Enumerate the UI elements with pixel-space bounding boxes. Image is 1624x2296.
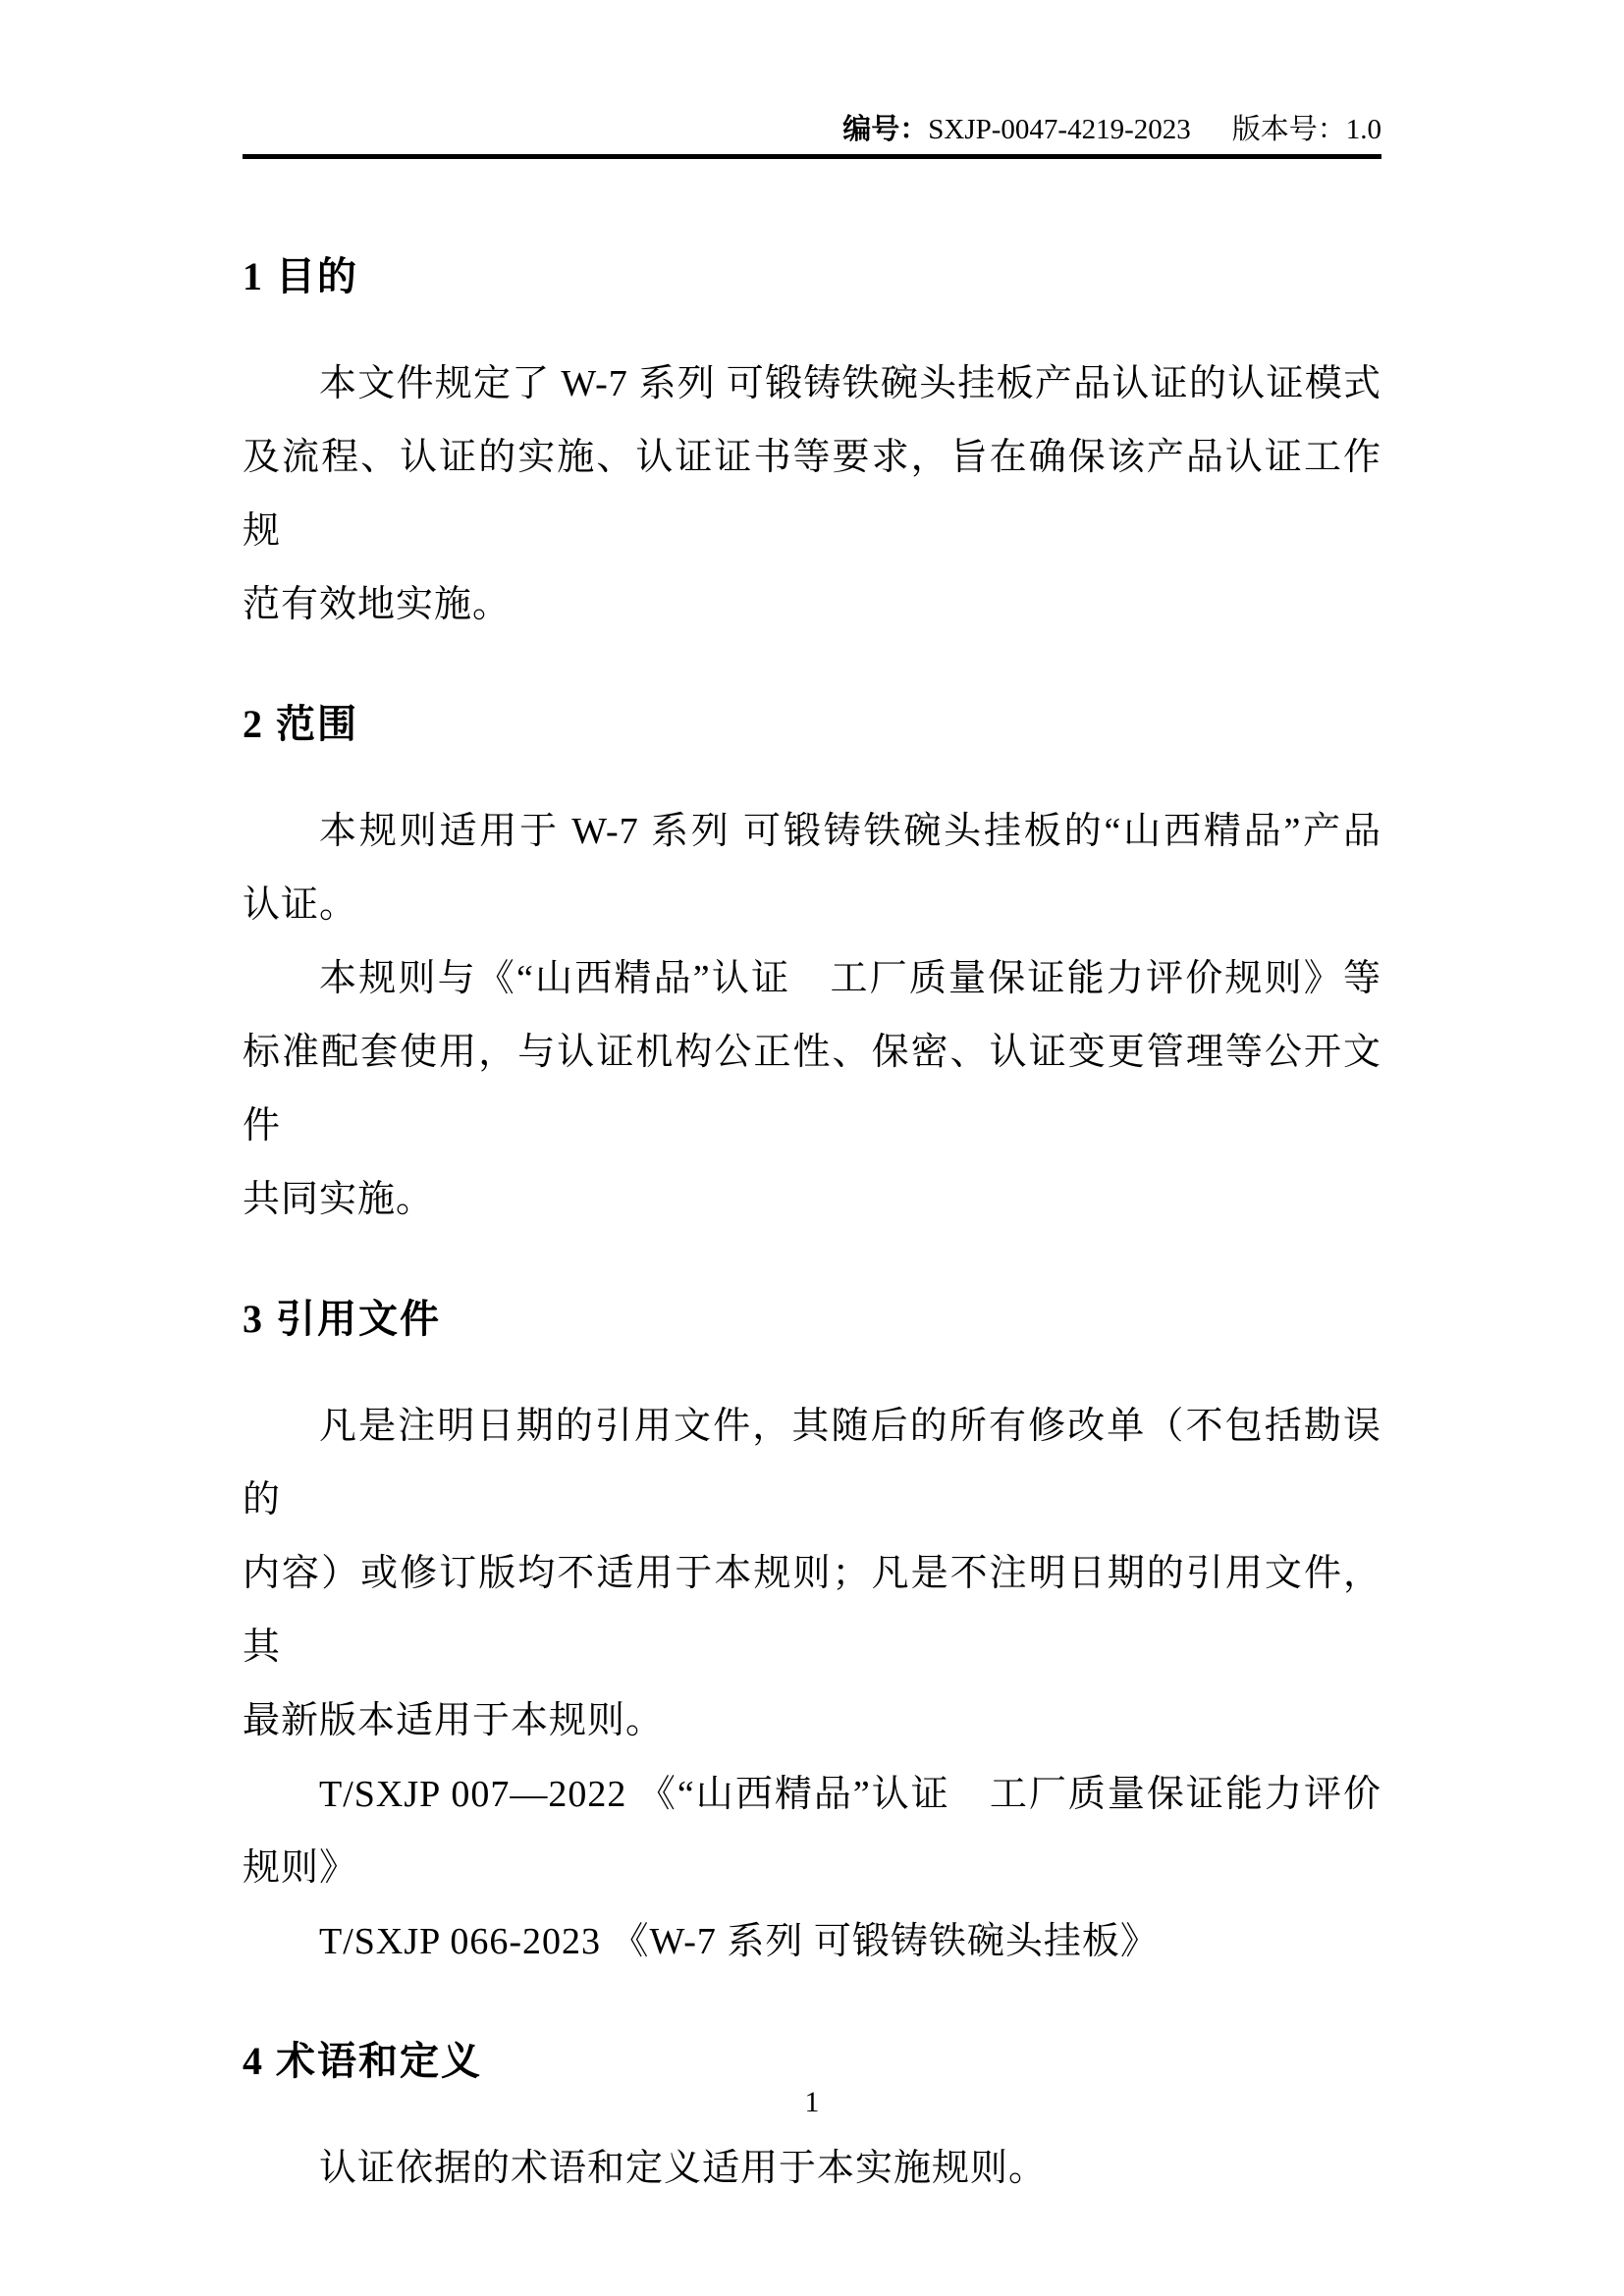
doc-line: 标准配套使用，与认证机构公正性、保密、认证变更管理等公开文件 <box>243 1016 1381 1163</box>
header-rule <box>243 154 1381 159</box>
doc-line: 凡是注明日期的引用文件，其随后的所有修改单（不包括勘误的 <box>243 1390 1381 1537</box>
page-number: 1 <box>0 2083 1624 2122</box>
section-3-body: 凡是注明日期的引用文件，其随后的所有修改单（不包括勘误的 内容）或修订版均不适用… <box>243 1390 1381 1979</box>
doc-number-value: SXJP-0047-4219-2023 <box>928 114 1190 145</box>
section-2-heading: 2 范围 <box>243 701 1381 748</box>
doc-line: 及流程、认证的实施、认证证书等要求，旨在确保该产品认证工作规 <box>243 421 1381 568</box>
doc-line: 范有效地实施。 <box>243 568 1381 642</box>
doc-line: T/SXJP 066-2023 《W-7 系列 可锻铸铁碗头挂板》 <box>243 1905 1381 1979</box>
section-1-heading: 1 目的 <box>243 253 1381 300</box>
doc-line: 最新版本适用于本规则。 <box>243 1684 1381 1758</box>
doc-line: 认证。 <box>243 869 1381 942</box>
doc-line: 规则》 <box>243 1832 1381 1905</box>
doc-line: 认证依据的术语和定义适用于本实施规则。 <box>243 2132 1381 2206</box>
section-4-heading: 4 术语和定义 <box>243 2038 1381 2085</box>
doc-line: 本规则适用于 W-7 系列 可锻铸铁碗头挂板的“山西精品”产品 <box>243 795 1381 869</box>
doc-line: 本文件规定了 W-7 系列 可锻铸铁碗头挂板产品认证的认证模式 <box>243 347 1381 421</box>
doc-line: T/SXJP 007—2022 《“山西精品”认证 工厂质量保证能力评价 <box>243 1758 1381 1832</box>
doc-line: 共同实施。 <box>243 1163 1381 1237</box>
section-3-heading: 3 引用文件 <box>243 1296 1381 1343</box>
doc-number-label: 编号： <box>842 114 928 145</box>
page-content: 编号：SXJP-0047-4219-2023版本号：1.0 1 目的 本文件规定… <box>243 0 1381 2206</box>
doc-line: 本规则与《“山西精品”认证 工厂质量保证能力评价规则》等 <box>243 942 1381 1016</box>
version-value: 1.0 <box>1346 114 1381 145</box>
document-page: 编号：SXJP-0047-4219-2023版本号：1.0 1 目的 本文件规定… <box>0 0 1624 2296</box>
version-label: 版本号： <box>1232 114 1346 145</box>
section-2-body: 本规则适用于 W-7 系列 可锻铸铁碗头挂板的“山西精品”产品 认证。 本规则与… <box>243 795 1381 1237</box>
page-header: 编号：SXJP-0047-4219-2023版本号：1.0 <box>243 0 1381 149</box>
doc-line: 内容）或修订版均不适用于本规则；凡是不注明日期的引用文件，其 <box>243 1537 1381 1684</box>
section-4-body: 认证依据的术语和定义适用于本实施规则。 <box>243 2132 1381 2206</box>
section-1-body: 本文件规定了 W-7 系列 可锻铸铁碗头挂板产品认证的认证模式 及流程、认证的实… <box>243 347 1381 642</box>
